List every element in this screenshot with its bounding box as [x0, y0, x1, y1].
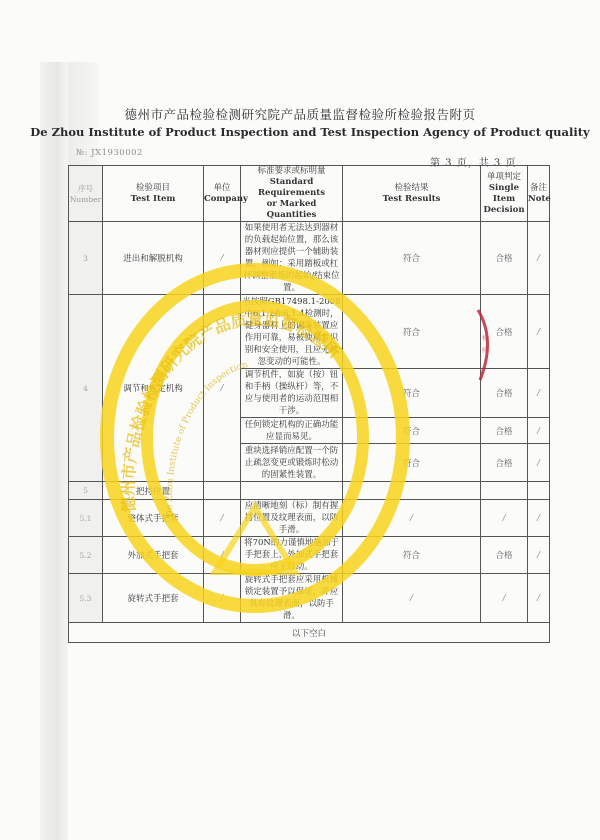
table-header: 序号Number 检验项目Test Item 单位Company 标准要求或标明… — [69, 166, 550, 222]
report-title-cn: 德州市产品检验检测研究院产品质量监督检验所检验报告附页 — [0, 105, 600, 123]
standard-requirement: 当按照GB17498.1-2008中6.1.2和6.1.4检测时，健身器材上的调… — [241, 295, 343, 369]
test-result: 符合 — [343, 418, 481, 444]
test-item: 整体式手把套 — [103, 500, 204, 537]
note: / — [528, 418, 550, 444]
row-number: 5.1 — [69, 500, 103, 537]
test-item: 旋转式手把套 — [103, 574, 204, 623]
standard-requirement: 旋转式手把套应采用机械锁定装置予以保证，并应具有纹理表面，以防手滑。 — [241, 574, 343, 623]
test-item: 调节和锁定机构 — [103, 295, 204, 482]
unit: / — [204, 295, 241, 482]
table-row: 5.3 旋转式手把套 / 旋转式手把套应采用机械锁定装置予以保证，并应具有纹理表… — [69, 574, 550, 623]
col-test-item: 检验项目Test Item — [103, 166, 204, 222]
test-item: 把持位置 — [103, 482, 204, 500]
note: / — [528, 537, 550, 574]
decision: 合格 — [481, 222, 528, 295]
standard-requirement: 应清晰地刻（标）制有握持位置及纹理表面，以防手滑。 — [241, 500, 343, 537]
note — [528, 482, 550, 500]
decision: 合格 — [481, 418, 528, 444]
col-decision: 单项判定Single ItemDecision — [481, 166, 528, 222]
row-number: 5.3 — [69, 574, 103, 623]
table-row: 3 进出和解脱机构 / 如果使用者无法达到器材的负载起始位置，那么该器材则应提供… — [69, 222, 550, 295]
decision: / — [481, 500, 528, 537]
unit: / — [204, 500, 241, 537]
test-result: 符合 — [343, 444, 481, 482]
test-result: 符合 — [343, 369, 481, 418]
report-page: 德州市产品检验检测研究院产品质量监督检验所检验报告附页 De Zhou Inst… — [0, 0, 600, 840]
document-number: №: JX1930002 — [76, 148, 143, 158]
table-row: 5 把持位置 — [69, 482, 550, 500]
row-number: 4 — [69, 295, 103, 482]
test-result: / — [343, 500, 481, 537]
unit: / — [204, 537, 241, 574]
test-item: 外加式手把套 — [103, 537, 204, 574]
standard-requirement: 将70N的力谨慎地施加于手把套上，外加式手把套应无移动。 — [241, 537, 343, 574]
test-result: 符合 — [343, 295, 481, 369]
decision — [481, 482, 528, 500]
row-number: 3 — [69, 222, 103, 295]
decision: 合格 — [481, 444, 528, 482]
test-result: 符合 — [343, 537, 481, 574]
report-title-en: De Zhou Institute of Product Inspection … — [0, 125, 600, 139]
note: / — [528, 295, 550, 369]
decision: 合格 — [481, 369, 528, 418]
note: / — [528, 500, 550, 537]
col-company: 单位Company — [204, 166, 241, 222]
decision: / — [481, 574, 528, 623]
decision: 合格 — [481, 295, 528, 369]
note: / — [528, 369, 550, 418]
unit: / — [204, 574, 241, 623]
note: / — [528, 574, 550, 623]
page-shadow — [40, 62, 68, 840]
note: / — [528, 444, 550, 482]
col-results: 检验结果Test Results — [343, 166, 481, 222]
unit — [204, 482, 241, 500]
standard-requirement: 重块选择销应配置一个防止疏忽变更或锻炼时松动的固紧性装置。 — [241, 444, 343, 482]
col-number: 序号Number — [69, 166, 103, 222]
col-standard: 标准要求或标明量Standard Requirementsor Marked Q… — [241, 166, 343, 222]
standard-requirement: 如果使用者无法达到器材的负载起始位置，那么该器材则应提供一个辅助装置，例如：采用… — [241, 222, 343, 295]
table-row: 5.1 整体式手把套 / 应清晰地刻（标）制有握持位置及纹理表面，以防手滑。 /… — [69, 500, 550, 537]
table-row: 5.2 外加式手把套 / 将70N的力谨慎地施加于手把套上，外加式手把套应无移动… — [69, 537, 550, 574]
note: / — [528, 222, 550, 295]
standard-requirement: 任何锁定机构的正确功能应显而易见。 — [241, 418, 343, 444]
table-row: 4 调节和锁定机构 / 当按照GB17498.1-2008中6.1.2和6.1.… — [69, 295, 550, 369]
unit: / — [204, 222, 241, 295]
test-result: 符合 — [343, 222, 481, 295]
col-note: 备注Note — [528, 166, 550, 222]
footer-row: 以下空白 — [69, 623, 550, 643]
standard-requirement — [241, 482, 343, 500]
standard-requirement: 调节机件，如旋（按）钮和手柄（操纵杆）等，不应与使用者的运动范围相干涉。 — [241, 369, 343, 418]
decision: 合格 — [481, 537, 528, 574]
test-item: 进出和解脱机构 — [103, 222, 204, 295]
test-result — [343, 482, 481, 500]
test-result: / — [343, 574, 481, 623]
inspection-table: 序号Number 检验项目Test Item 单位Company 标准要求或标明… — [68, 165, 550, 643]
row-number: 5 — [69, 482, 103, 500]
row-number: 5.2 — [69, 537, 103, 574]
blank-below-note: 以下空白 — [69, 623, 550, 643]
